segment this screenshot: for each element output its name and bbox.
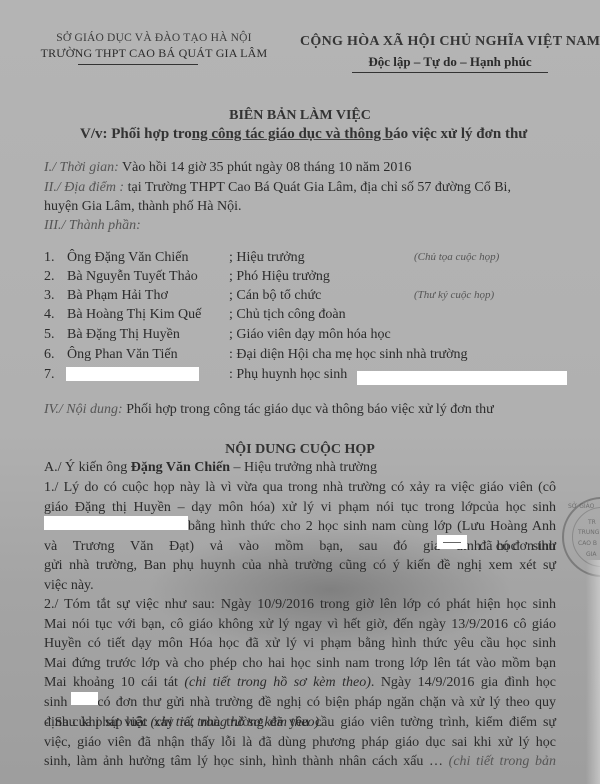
line-text: đã có đơn thư	[479, 537, 556, 557]
member-role: ; Giáo viên dạy môn hóa học	[229, 327, 391, 343]
member-name: Ông Đặng Văn Chiến	[67, 250, 188, 266]
redaction-box	[44, 516, 188, 530]
redaction-mark	[443, 542, 461, 543]
paragraph-line: và Trương Văn Đạt) vả vào mồm bạn, sau đ…	[44, 537, 556, 557]
stamp-text: TR	[588, 519, 596, 526]
scanned-document: SỞ GIÁO DỤC VÀ ĐÀO TẠO HÀ NỘI TRƯỜNG THP…	[0, 0, 600, 784]
section-label: IV./ Nội dung:	[44, 402, 123, 417]
subject-text: áo việc xử lý đơn thư	[393, 126, 527, 142]
national-header: CỘNG HÒA XÃ HỘI CHỦ NGHĨA VIỆT NAM Độc l…	[300, 34, 600, 73]
section-place-continued: huyện Gia Lâm, thành phố Hà Nội.	[44, 199, 242, 215]
redaction-box	[437, 535, 467, 549]
paragraph-line: 2./ Tóm tắt sự việc như sau: Ngày 10/9/2…	[44, 595, 556, 615]
paragraph-line: việc, giáo viên đã nhận thấy lỗi là đã d…	[44, 733, 556, 753]
stamp-text: TRUNG H	[578, 529, 600, 536]
paragraph-line: Mai nói tục với bạn, cô giáo không xử lý…	[44, 615, 556, 635]
paragraph-line: Mai khoảng 10 cái tát (chi tiết trong hồ…	[44, 673, 556, 693]
redaction-box	[71, 692, 98, 705]
opinion-prefix: A./ Ý kiến ông	[44, 460, 131, 475]
section-place: II./ Địa điểm : tại Trường THPT Cao Bá Q…	[44, 180, 511, 196]
issuer-block: SỞ GIÁO DỤC VÀ ĐÀO TẠO HÀ NỘI TRƯỜNG THP…	[38, 32, 270, 65]
paragraph-line: gửi nhà trường, Ban phụ huynh của nhà tr…	[44, 556, 556, 576]
opinion-name: Đặng Văn Chiến	[131, 460, 230, 475]
paragraph-line: 1./ Lý do có cuộc họp này là vì vừa qua …	[44, 478, 556, 498]
national-motto: Độc lập – Tự do – Hạnh phúc	[300, 54, 600, 70]
stamp-text: SỞ GIÁO	[568, 503, 594, 510]
stamp-text: GIA	[586, 551, 597, 558]
paragraph-1: 1./ Lý do có cuộc họp này là vì vừa qua …	[44, 478, 556, 596]
member-role: ; Hiệu trưởng	[229, 250, 305, 266]
divider	[78, 64, 198, 65]
member-role: : Phụ huynh học sinh	[229, 367, 347, 383]
member-role: ; Chủ tịch công đoàn	[229, 307, 346, 323]
stamp-inner-ring	[572, 507, 600, 567]
stamp-text: CAO B	[578, 540, 597, 547]
member-number: 6.	[44, 347, 64, 363]
member-name: Bà Phạm Hải Thơ	[67, 288, 168, 304]
redaction-box	[66, 367, 199, 381]
opinion-suffix: – Hiệu trưởng nhà trường	[230, 460, 377, 475]
member-name: Bà Nguyễn Tuyết Thảo	[67, 269, 198, 285]
subject-text: V/v: Phối hợp tro	[80, 126, 192, 142]
member-note: (Thư ký cuộc họp)	[414, 289, 494, 301]
member-number: 4.	[44, 307, 64, 323]
member-number: 2.	[44, 269, 64, 285]
member-number: 5.	[44, 327, 64, 343]
member-role: ; Cán bộ tổ chức	[229, 288, 321, 304]
line-text: . Ngày 14/9/2016 gia đình học	[371, 675, 556, 690]
paragraph-line: - Sau khi sự việc xảy ra, nhà trường đã …	[44, 713, 556, 733]
school-name: TRƯỜNG THPT CAO BÁ QUÁT GIA LÂM	[38, 46, 270, 61]
section-label: II./ Địa điểm :	[44, 180, 124, 195]
section-value: tại Trường THPT Cao Bá Quát Gia Lâm, địa…	[124, 180, 511, 195]
line-text: sinh, làm ảnh hưởng tâm lý học sinh, hìn…	[44, 754, 449, 769]
paragraph-2: 2./ Tóm tắt sự việc như sau: Ngày 10/9/2…	[44, 595, 556, 732]
member-role: : Đại diện Hội cha mẹ học sinh nhà trườn…	[229, 347, 468, 363]
line-text-italic: (chi tiết trong bản	[449, 754, 556, 769]
line-text: sinh	[44, 695, 67, 710]
member-role: ; Phó Hiệu trưởng	[229, 269, 330, 285]
line-text: Mai khoảng 10 cái tát	[44, 675, 184, 690]
section-content: IV./ Nội dung: Phối hợp trong công tác g…	[44, 402, 494, 418]
meeting-heading: NỘI DUNG CUỘC HỌP	[0, 442, 600, 458]
paragraph-3: - Sau khi sự việc xảy ra, nhà trường đã …	[44, 713, 556, 772]
country-name: CỘNG HÒA XÃ HỘI CHỦ NGHĨA VIỆT NAM	[300, 34, 600, 50]
official-stamp: SỞ GIÁO TR TRUNG H CAO B GIA	[562, 497, 600, 577]
paragraph-line: sinh, làm ảnh hưởng tâm lý học sinh, hìn…	[44, 752, 556, 772]
document-title: BIÊN BẢN LÀM VIỆC	[0, 108, 600, 124]
member-number: 7.	[44, 367, 64, 383]
section-value: Vào hồi 14 giờ 35 phút ngày 08 tháng 10 …	[119, 160, 412, 175]
member-name: Bà Hoàng Thị Kim Quế	[67, 307, 201, 323]
paragraph-line: Mai đứng trước lớp và cho phép cho hai h…	[44, 654, 556, 674]
paragraph-line: Huyền có tiết dạy môn Hóa học đã xử lý v…	[44, 634, 556, 654]
section-members-label: III./ Thành phần:	[44, 218, 141, 234]
redaction-box	[357, 371, 567, 385]
section-value: Phối hợp trong công tác giáo dục và thôn…	[123, 402, 494, 417]
line-text: có đơn thư gửi nhà trường đề nghị có biệ…	[97, 695, 556, 710]
line-text-italic: (chi tiết trong hồ sơ kèm theo)	[184, 675, 370, 690]
member-number: 3.	[44, 288, 64, 304]
paragraph-line: việc này.	[44, 576, 556, 596]
member-note: (Chủ tọa cuộc họp)	[414, 251, 499, 263]
paragraph-line: giáo Đặng thị Huyền – dạy môn hóa) xử lý…	[44, 498, 556, 518]
member-number: 1.	[44, 250, 64, 266]
section-time: I./ Thời gian: Vào hồi 14 giờ 35 phút ng…	[44, 160, 411, 176]
department-name: SỞ GIÁO DỤC VÀ ĐÀO TẠO HÀ NỘI	[38, 32, 270, 44]
subject-text-underlined: ng công tác giáo dục và thông b	[192, 126, 393, 142]
member-name: Ông Phan Văn Tiến	[67, 347, 178, 363]
paragraph-line: sinhcó đơn thư gửi nhà trường đề nghị có…	[44, 693, 556, 713]
section-label: I./ Thời gian:	[44, 160, 119, 175]
divider	[352, 72, 548, 73]
document-subject: V/v: Phối hợp trong công tác giáo dục và…	[80, 126, 527, 143]
member-name: Bà Đặng Thị Huyền	[67, 327, 180, 343]
opinion-heading: A./ Ý kiến ông Đặng Văn Chiến – Hiệu trư…	[44, 460, 377, 476]
